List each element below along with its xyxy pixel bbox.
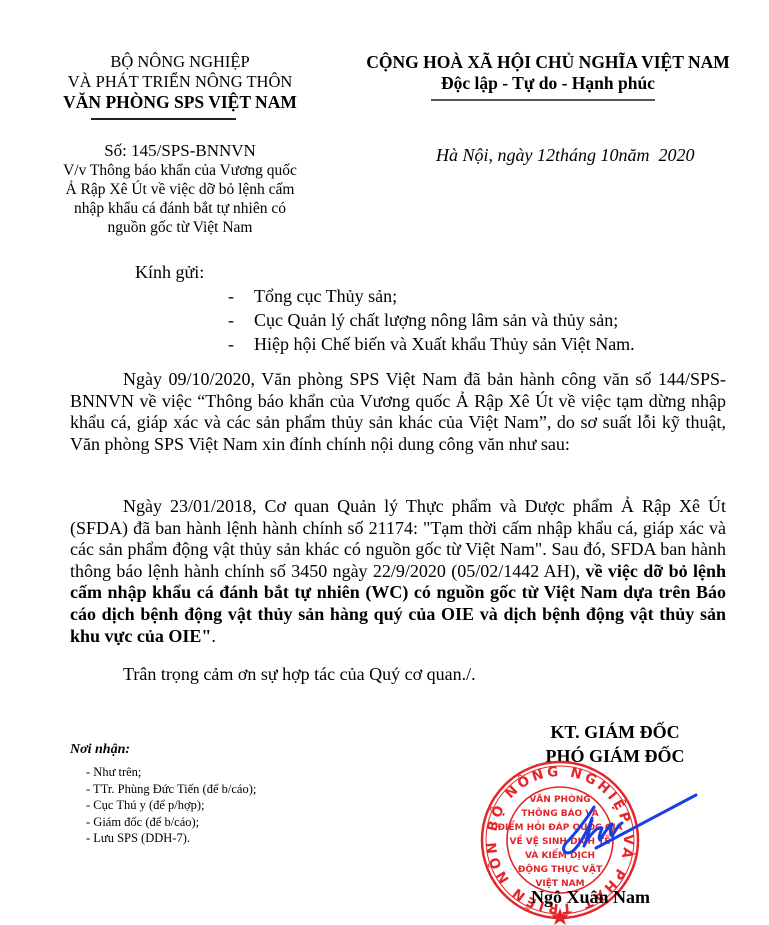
recipient-item: - Như trên; <box>86 764 256 781</box>
subject-line: nguồn gốc từ Việt Nam <box>20 218 340 237</box>
national-heading: CỘNG HOÀ XÃ HỘI CHỦ NGHĨA VIỆT NAM Độc l… <box>338 52 758 94</box>
subject-line: nhập khẩu cá đánh bắt tự nhiên có <box>20 199 340 218</box>
subject-line: Ả Rập Xê Út về việc dỡ bỏ lệnh cấm <box>20 180 340 199</box>
recipient-item: - Cục Thú y (để p/hợp); <box>86 797 256 814</box>
closing-paragraph: Trân trọng cảm ơn sự hợp tác của Quý cơ … <box>70 664 726 686</box>
recipients-list: - Như trên; - TTr. Phùng Đức Tiến (để b/… <box>86 764 256 847</box>
signatory-name: Ngô Xuân Nam <box>531 887 650 908</box>
subject-line: V/v Thông báo khẩn của Vương quốc <box>20 161 340 180</box>
ministry-line-2: VÀ PHÁT TRIỂN NÔNG THÔN <box>20 72 340 92</box>
motto-underline <box>431 99 655 101</box>
nation-name: CỘNG HOÀ XÃ HỘI CHỦ NGHĨA VIỆT NAM <box>338 52 758 73</box>
body-paragraph-2: Ngày 23/01/2018, Cơ quan Quản lý Thực ph… <box>70 496 726 647</box>
office-name: VĂN PHÒNG SPS VIỆT NAM <box>20 92 340 112</box>
recipient-item: - Giám đốc (để b/cáo); <box>86 814 256 831</box>
date-line: Hà Nội, ngày 12tháng 10năm 2020 <box>436 145 695 166</box>
addressee-label: Kính gửi: <box>135 262 204 283</box>
agency-underline <box>91 118 236 120</box>
document-number: Số: 145/SPS-BNNVN <box>20 141 340 160</box>
reference-block: Số: 145/SPS-BNNVN V/v Thông báo khẩn của… <box>20 141 340 237</box>
motto: Độc lập - Tự do - Hạnh phúc <box>338 73 758 94</box>
issuing-agency: BỘ NÔNG NGHIỆP VÀ PHÁT TRIỂN NÔNG THÔN V… <box>20 52 340 112</box>
ministry-line-1: BỘ NÔNG NGHIỆP <box>20 52 340 72</box>
body-paragraph-1: Ngày 09/10/2020, Văn phòng SPS Việt Nam … <box>70 369 726 455</box>
handwritten-signature-icon <box>560 780 710 880</box>
recipient-item: - Lưu SPS (DDH-7). <box>86 830 256 847</box>
recipients-label: Nơi nhận: <box>70 742 130 758</box>
recipient-item: - TTr. Phùng Đức Tiến (để b/cáo); <box>86 781 256 798</box>
